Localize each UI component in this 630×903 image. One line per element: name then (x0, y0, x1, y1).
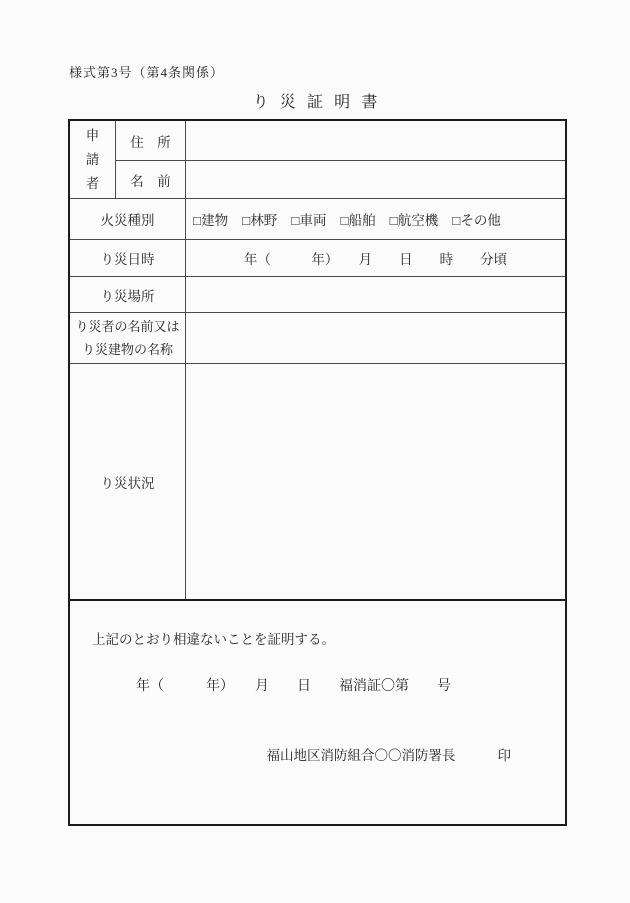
checkbox-option-aircraft: □航空機 (390, 209, 439, 229)
name-value-cell (186, 161, 565, 198)
checkbox-label: 航空機 (398, 213, 439, 228)
disaster-situation-label: り災状況 (70, 364, 186, 599)
disaster-place-row: り災場所 (70, 277, 565, 313)
checkbox-icon: □ (340, 213, 348, 228)
checkbox-label: 建物 (201, 213, 228, 228)
fire-type-row: 火災種別 □建物 □林野 □車両 □船舶 □航空機 □その他 (70, 199, 565, 240)
checkbox-option-other: □その他 (452, 209, 501, 229)
disaster-situation-row: り災状況 (70, 364, 565, 601)
disaster-datetime-row: り災日時 年（ 年） 月 日 時 分頃 (70, 240, 565, 277)
checkbox-option-vehicle: □車両 (291, 209, 326, 229)
checkbox-icon: □ (390, 213, 398, 228)
disaster-situation-value (186, 364, 565, 599)
address-label: 住 所 (116, 121, 186, 160)
fire-type-options: □建物 □林野 □車両 □船舶 □航空機 □その他 (186, 199, 565, 239)
victim-name-row: り災者の名前又は り災建物の名称 (70, 313, 565, 364)
applicant-char: 申 (86, 128, 100, 143)
victim-name-label-line2: り災建物の名称 (82, 338, 173, 361)
disaster-datetime-label: り災日時 (70, 240, 186, 276)
certification-statement: 上記のとおり相違ないことを証明する。 (92, 628, 565, 648)
checkbox-label: 林野 (250, 213, 277, 228)
form-number: 様式第3号（第4条関係） (69, 62, 224, 81)
disaster-place-label: り災場所 (70, 277, 186, 312)
victim-name-label: り災者の名前又は り災建物の名称 (70, 313, 186, 363)
checkbox-label: 船舶 (349, 213, 376, 228)
address-value-cell (186, 121, 565, 160)
disaster-datetime-value: 年（ 年） 月 日 時 分頃 (186, 240, 565, 276)
checkbox-label: その他 (460, 213, 501, 228)
certification-date-line: 年（ 年） 月 日 福消証〇第 号 (136, 675, 565, 695)
applicant-group-label: 申 請 者 (70, 121, 116, 198)
applicant-group: 申 請 者 住 所 名 前 (70, 121, 565, 199)
applicant-name-row: 名 前 (116, 161, 565, 198)
certification-section: 上記のとおり相違ないことを証明する。 年（ 年） 月 日 福消証〇第 号 福山地… (70, 601, 565, 824)
document-page: 様式第3号（第4条関係） り災証明書 申 請 者 住 所 名 前 (0, 0, 630, 903)
checkbox-option-building: □建物 (193, 209, 228, 229)
applicant-char: 者 (86, 176, 100, 191)
checkbox-option-vessel: □船舶 (340, 209, 375, 229)
page-title: り災証明書 (0, 89, 630, 112)
signer-line: 福山地区消防組合〇〇消防署長 印 (70, 744, 565, 764)
name-label: 名 前 (116, 161, 186, 198)
checkbox-label: 車両 (299, 213, 326, 228)
disaster-place-value (186, 277, 565, 312)
signer-title: 福山地区消防組合〇〇消防署長 (267, 744, 456, 764)
applicant-char: 請 (86, 152, 100, 167)
certificate-table: 申 請 者 住 所 名 前 火災種別 □建物 □林野 □車両 (68, 119, 567, 826)
applicant-address-row: 住 所 (116, 121, 565, 161)
checkbox-icon: □ (193, 213, 201, 228)
victim-name-value (186, 313, 565, 363)
checkbox-option-forest: □林野 (242, 209, 277, 229)
victim-name-label-line1: り災者の名前又は (75, 315, 179, 338)
fire-type-label: 火災種別 (70, 199, 186, 239)
seal-mark: 印 (498, 744, 512, 764)
